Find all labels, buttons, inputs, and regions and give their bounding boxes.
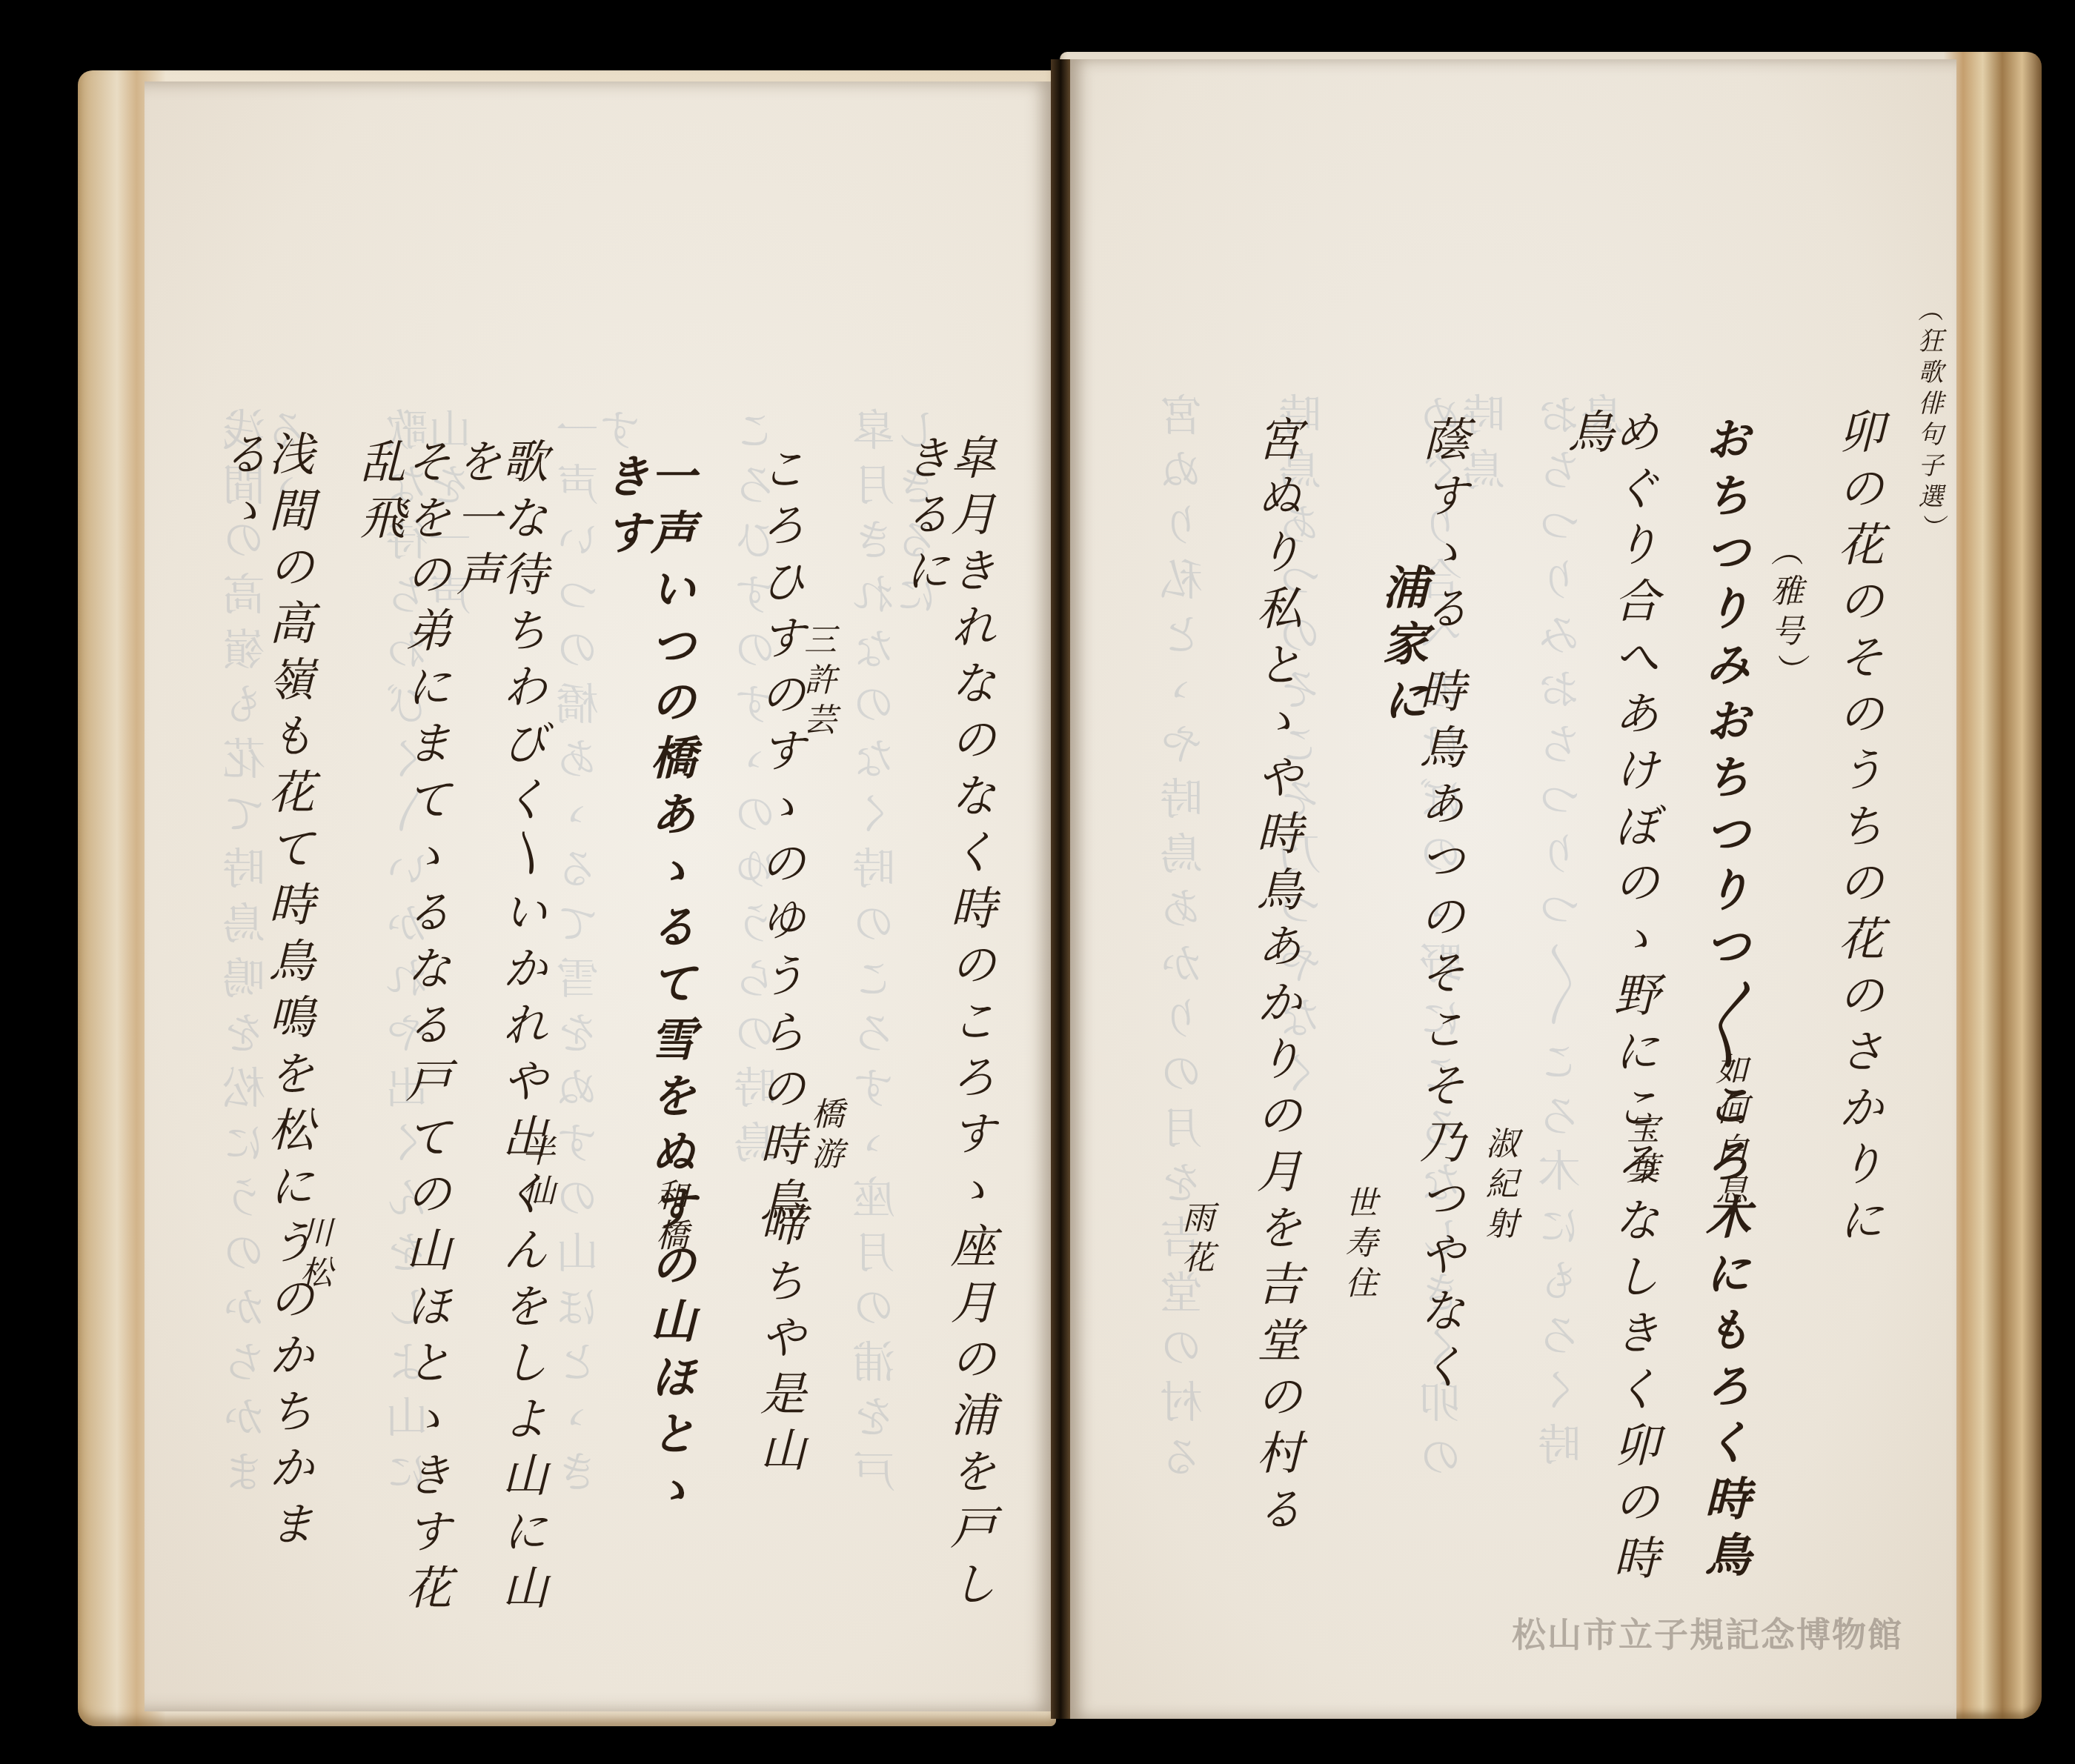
poem-column: おちつりみおちつりつ〳〵ころ木にもろく時鳥 (1701, 415, 1747, 1600)
author-name: 三許芸 (800, 622, 833, 742)
note-column: （雅号） (1767, 533, 1800, 693)
ink-bleed-through: 宮ぬり私とゝや時鳥あかりの月を吉堂の村る (1163, 393, 1206, 1504)
book-gutter (1051, 59, 1070, 1719)
author-name: 橋游 (808, 1096, 840, 1176)
right-page: 宮ぬり私とゝや時鳥あかりの月を吉堂の村る 時鳥あつのそこそ乃つやなく めぐり合へ… (1067, 59, 1956, 1719)
museum-watermark: 松山市立子規記念博物館 (1512, 1608, 1903, 1657)
author-name: 雨花 (1178, 1200, 1211, 1280)
poem-column: めぐり合へあけぼのゝ野にころなしきく卯の時鳥 (1564, 407, 1656, 1593)
poem-column: 啼ちや是山 (756, 1200, 802, 1482)
poem-column: 浅間の高嶺も花て時鳥鳴を松にうのかちかまるゝ (219, 430, 311, 1652)
author-name: 如何白息 (1712, 1052, 1744, 1212)
poem-column: 宮ぬり私とゝや時鳥あかりの月を吉堂の村る (1252, 415, 1298, 1600)
open-book: 浅間の高嶺も花て時鳥鳴を松にうのかちかまるゝ 歌な待ちわびく〵いかれや出くんをし… (0, 0, 2075, 1764)
poem-column: 時鳥あつのそこそ乃つやなく (1415, 667, 1461, 1630)
header-note: （狂歌俳句子選） (1916, 296, 1941, 545)
poem-column: 皐月きれなのなく時のころすゝ座月の浦を戸しきるに (900, 433, 992, 1619)
author-name: 和橋 (652, 1178, 685, 1258)
poem-column: 一声いつの橋あゝるて雪をぬすの山ほとゝきす (600, 452, 692, 1563)
poem-column: そをの弟にまてゝるなる戸ての山ほとゝきす花乱飛 (356, 437, 448, 1622)
author-name: 淑紀射 (1482, 1126, 1515, 1246)
author-name: 半仙 (519, 1134, 551, 1214)
poem-column: 歌な待ちわびく〵いかれや出くんをしよ山に山を一声 (452, 437, 544, 1622)
author-name: 世寿住 (1341, 1185, 1374, 1305)
poem-column: 卯の花のそのうちの花のさかりに (1834, 407, 1880, 1593)
